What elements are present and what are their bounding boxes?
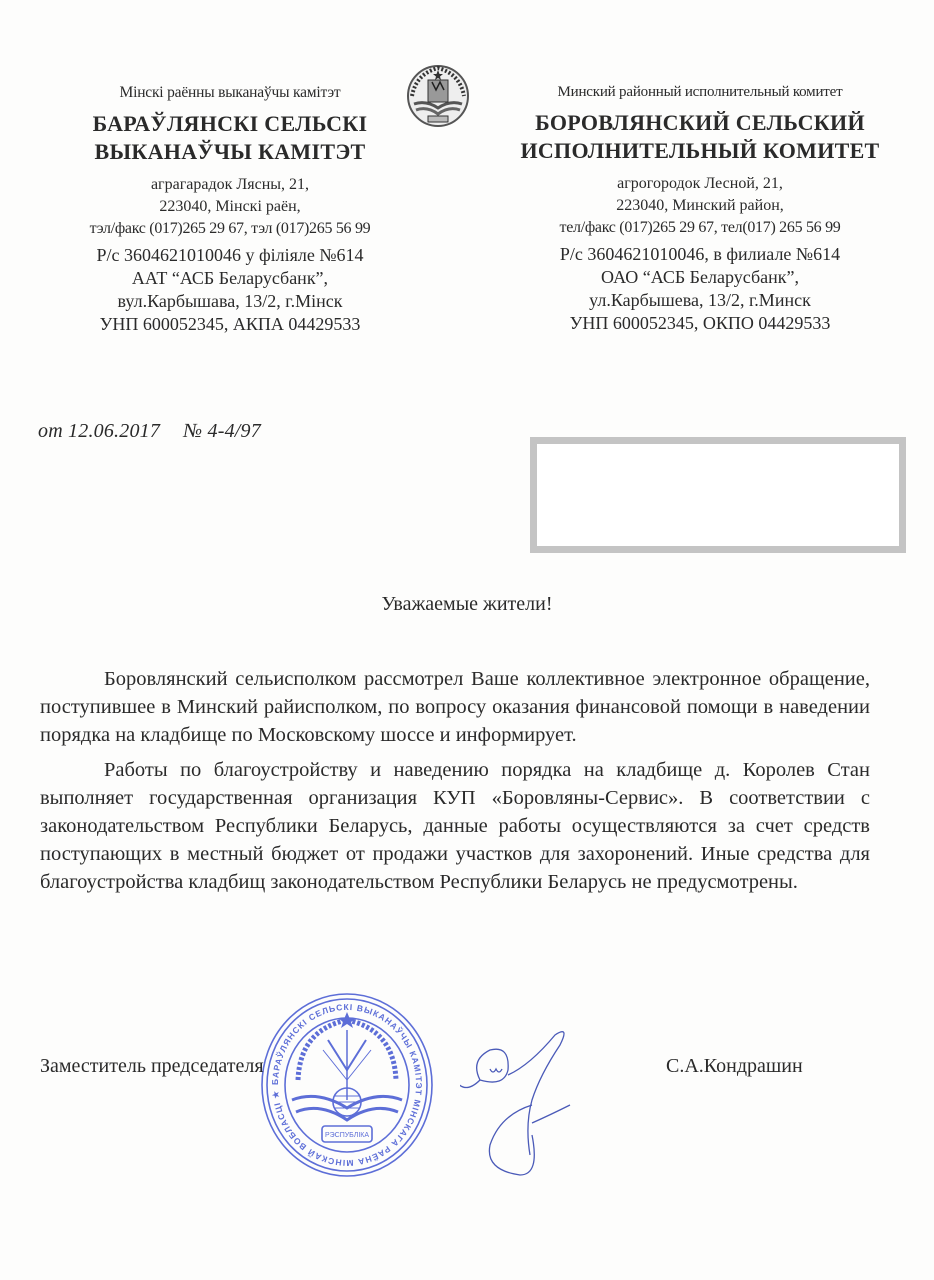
parent-org: Минский районный исполнительный комитет xyxy=(500,84,900,101)
org-name: БОРОВЛЯНСКИЙ СЕЛЬСКИЙ ИСПОЛНИТЕЛЬНЫЙ КОМ… xyxy=(500,109,900,165)
letter-date: от 12.06.2017 xyxy=(38,420,160,442)
org-ids: УНП 600052345, АКПА 04429533 xyxy=(40,313,420,336)
signatory-title: Заместитель председателя xyxy=(40,1055,264,1078)
bank-address: вул.Карбышава, 13/2, г.Мінск xyxy=(40,290,420,313)
letter-page: Мінскі раённы выканаўчы камітэт БАРАЎЛЯН… xyxy=(0,0,934,1280)
phones: тел/факс (017)265 29 67, тел(017) 265 56… xyxy=(500,217,900,239)
letterhead-russian: Минский районный исполнительный комитет … xyxy=(500,84,900,335)
bank-address: ул.Карбышева, 13/2, г.Минск xyxy=(500,289,900,312)
letter-number: № 4-4/97 xyxy=(183,420,261,442)
address-line2: 223040, Минский район, xyxy=(500,195,900,217)
address-line1: аграгарадок Лясны, 21, xyxy=(40,174,420,196)
letterhead-belarusian: Мінскі раённы выканаўчы камітэт БАРАЎЛЯН… xyxy=(40,84,420,336)
paragraph-2: Работы по благоустройству и наведению по… xyxy=(40,756,870,897)
org-name-line1: БАРАЎЛЯНСКІ СЕЛЬСКІ xyxy=(40,110,420,138)
address-line1: агрогородок Лесной, 21, xyxy=(500,173,900,195)
org-name-line2: ИСПОЛНИТЕЛЬНЫЙ КОМИТЕТ xyxy=(500,137,900,165)
parent-org: Мінскі раённы выканаўчы камітэт xyxy=(40,84,420,102)
letter-body: Боровлянский сельисполком рассмотрел Ваш… xyxy=(40,665,870,897)
org-name: БАРАЎЛЯНСКІ СЕЛЬСКІ ВЫКАНАЎЧЫ КАМІТЭТ xyxy=(40,110,420,166)
bank-name: ОАО “АСБ Беларусбанк”, xyxy=(500,266,900,289)
bank-name: ААТ “АСБ Беларусбанк”, xyxy=(40,267,420,290)
greeting: Уважаемые жители! xyxy=(0,593,934,616)
org-name-line1: БОРОВЛЯНСКИЙ СЕЛЬСКИЙ xyxy=(500,109,900,137)
state-emblem-icon xyxy=(402,60,474,132)
redacted-recipient-box xyxy=(530,437,906,553)
handwritten-signature-icon xyxy=(460,1025,590,1185)
signatory-name: С.А.Кондрашин xyxy=(666,1055,803,1078)
bank-account: Р/с 3604621010046, в филиале №614 xyxy=(500,243,900,266)
letter-reference: от 12.06.2017 № 4-4/97 xyxy=(38,420,279,443)
seal-inner-text: РЭСПУБЛІКА xyxy=(325,1132,369,1139)
official-seal-icon: РЭСПУБЛІКА БАРАЎЛЯНСКІ СЕЛЬСКІ ВЫКАНАЎЧЫ… xyxy=(258,990,436,1180)
org-name-line2: ВЫКАНАЎЧЫ КАМІТЭТ xyxy=(40,138,420,166)
bank-account: Р/с 3604621010046 у філіяле №614 xyxy=(40,244,420,267)
address-line2: 223040, Мінскі раён, xyxy=(40,196,420,218)
phones: тэл/факс (017)265 29 67, тэл (017)265 56… xyxy=(40,218,420,240)
paragraph-1: Боровлянский сельисполком рассмотрел Ваш… xyxy=(40,665,870,750)
org-ids: УНП 600052345, ОКПО 04429533 xyxy=(500,312,900,335)
